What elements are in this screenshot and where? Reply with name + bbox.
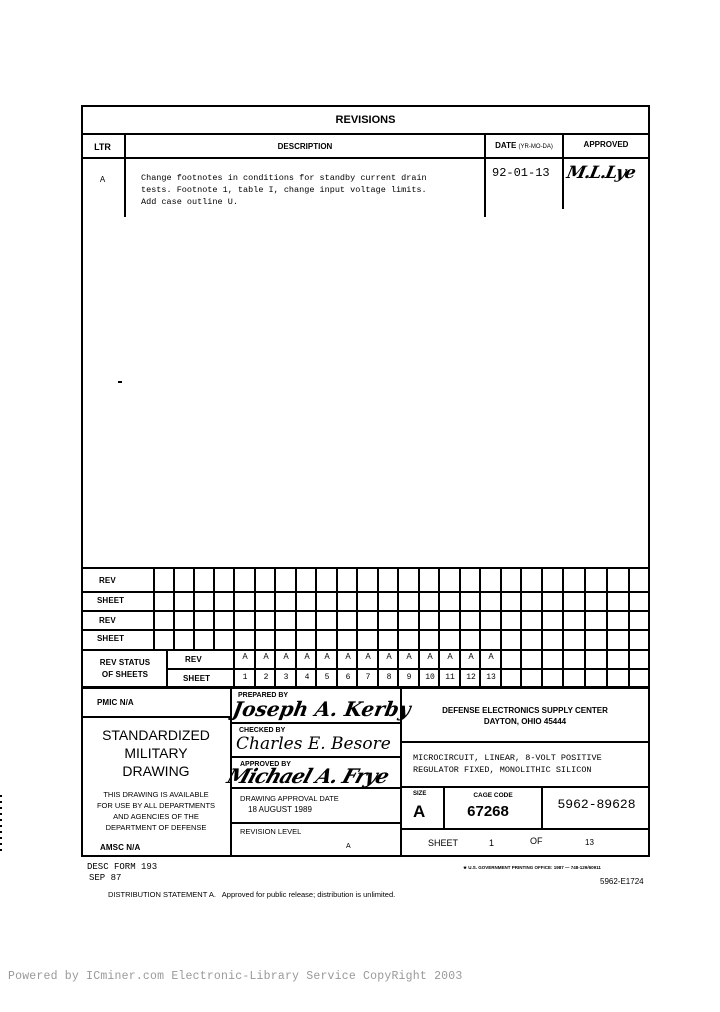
rev-status-sheet-3: 3 bbox=[276, 673, 296, 682]
revision-description-line-1: Change footnotes in conditions for stand… bbox=[141, 172, 427, 184]
doc-code: 5962-E1724 bbox=[600, 877, 644, 886]
rev-status-sheet-4: 4 bbox=[297, 673, 317, 682]
prepared-divider bbox=[230, 722, 401, 724]
availability-line-3: AND AGENCIES OF THE bbox=[81, 811, 231, 822]
rev-status-sheet-13: 13 bbox=[481, 673, 501, 682]
grid-col-divider bbox=[397, 567, 399, 689]
header-date-label: DATE bbox=[495, 141, 516, 150]
grid-col-divider bbox=[459, 567, 461, 689]
checked-by-label: CHECKED BY bbox=[239, 727, 285, 734]
scan-edge-marks bbox=[0, 795, 2, 855]
grid-col-divider bbox=[336, 567, 338, 689]
rev-grid-line-1 bbox=[81, 591, 650, 593]
rev-status-sheet-12: 12 bbox=[461, 673, 481, 682]
agency-divider bbox=[400, 741, 650, 743]
grid-col-divider bbox=[418, 567, 420, 689]
grid-row-label-rev-1: REV bbox=[99, 576, 116, 585]
amsc-label: AMSC N/A bbox=[100, 843, 140, 852]
form-number-line-1: DESC FORM 193 bbox=[87, 862, 157, 872]
grid-col-divider bbox=[628, 567, 630, 689]
grid-col-divider bbox=[315, 567, 317, 689]
rev-status-rev-4: A bbox=[297, 652, 317, 661]
size-value: A bbox=[413, 802, 425, 822]
checked-by-signature: Charles E. Besore bbox=[236, 734, 391, 754]
rev-status-rev-1: A bbox=[235, 652, 255, 661]
form-number-line-2: SEP 87 bbox=[89, 873, 121, 883]
grid-col-divider bbox=[541, 567, 543, 689]
title-divider bbox=[400, 786, 650, 788]
revision-description-line-3: Add case outline U. bbox=[141, 196, 238, 208]
rev-status-sheet-5: 5 bbox=[317, 673, 337, 682]
rev-status-sheet-9: 9 bbox=[399, 673, 419, 682]
grid-col-divider bbox=[606, 567, 608, 689]
rev-status-mid-line bbox=[166, 668, 650, 670]
rev-status-rev-10: A bbox=[420, 652, 440, 661]
cage-code-value: 67268 bbox=[445, 803, 531, 820]
rev-status-rev-6: A bbox=[338, 652, 358, 661]
total-sheets: 13 bbox=[585, 838, 594, 847]
rev-status-label-divider bbox=[166, 649, 168, 689]
grid-col-divider bbox=[500, 567, 502, 689]
grid-col-divider bbox=[233, 567, 235, 689]
distribution-label: DISTRIBUTION STATEMENT A. bbox=[108, 890, 216, 899]
grid-col-divider bbox=[584, 567, 586, 689]
rev-status-sheet-11: 11 bbox=[440, 673, 460, 682]
grid-col-divider bbox=[520, 567, 522, 689]
grid-col-divider bbox=[562, 567, 564, 689]
doc-type-line-2: MILITARY bbox=[81, 744, 231, 762]
drawing-title-line-2: REGULATOR FIXED, MONOLITHIC SILICON bbox=[413, 765, 592, 775]
rev-status-rev-12: A bbox=[461, 652, 481, 661]
scan-speck bbox=[118, 381, 122, 383]
approval-date-label: DRAWING APPROVAL DATE bbox=[240, 794, 339, 803]
drawing-number: 5962-89628 bbox=[543, 797, 650, 812]
sheet-divider bbox=[400, 828, 650, 830]
size-label: SIZE bbox=[413, 791, 426, 797]
rev-status-rev-8: A bbox=[379, 652, 399, 661]
availability-line-4: DEPARTMENT OF DEFENSE bbox=[81, 822, 231, 833]
grid-col-divider bbox=[193, 567, 195, 650]
rev-grid-line-2 bbox=[81, 610, 650, 612]
pmic-label: PMIC N/A bbox=[97, 698, 134, 707]
of-label: OF bbox=[530, 836, 543, 846]
revisions-header-top-divider bbox=[81, 133, 650, 135]
header-description: DESCRIPTION bbox=[126, 142, 484, 151]
revision-date: 92-01-13 bbox=[492, 166, 550, 180]
rev-status-label-line-2: OF SHEETS bbox=[84, 670, 166, 679]
distribution-text: Approved for public release; distributio… bbox=[222, 890, 395, 899]
rev-status-rev-13: A bbox=[481, 652, 501, 661]
rev-status-sheet-8: 8 bbox=[379, 673, 399, 682]
availability-statement: THIS DRAWING IS AVAILABLE FOR USE BY ALL… bbox=[81, 789, 231, 833]
rev-status-sheet-6: 6 bbox=[338, 673, 358, 682]
rev-grid-line-3 bbox=[81, 629, 650, 631]
revisions-header-bottom-divider bbox=[81, 157, 650, 159]
rev-status-sheet-2: 2 bbox=[256, 673, 276, 682]
rev-status-sheet-1: 1 bbox=[235, 673, 255, 682]
rev-status-rev-11: A bbox=[440, 652, 460, 661]
gpo-notice: ★ U.S. GOVERNMENT PRINTING OFFICE: 1987 … bbox=[463, 865, 601, 871]
header-date-format: (YR-MO-DA) bbox=[519, 144, 553, 150]
approved-by-signature: Michael A. Frye bbox=[224, 764, 392, 788]
revision-ltr: A bbox=[81, 175, 124, 184]
grid-col-divider bbox=[295, 567, 297, 689]
rev-status-rev-3: A bbox=[276, 652, 296, 661]
grid-col-divider bbox=[356, 567, 358, 689]
header-ltr: LTR bbox=[81, 142, 124, 152]
revision-approved-signature: M.L.Lye bbox=[565, 163, 637, 183]
approval-date-divider bbox=[230, 822, 401, 824]
rev-grid-top-line bbox=[81, 567, 650, 569]
sheet-number: 1 bbox=[489, 838, 494, 848]
sheet-label: SHEET bbox=[428, 838, 458, 848]
pmic-divider bbox=[81, 716, 231, 718]
grid-col-divider bbox=[479, 567, 481, 689]
checked-divider bbox=[230, 756, 401, 758]
doc-type-line-3: DRAWING bbox=[81, 762, 231, 780]
agency-line-2: DAYTON, OHIO 45444 bbox=[400, 717, 650, 726]
grid-col-divider bbox=[254, 567, 256, 689]
revisions-title: REVISIONS bbox=[81, 114, 650, 126]
header-approved: APPROVED bbox=[564, 140, 648, 149]
doc-type-line-1: STANDARDIZED bbox=[81, 726, 231, 744]
rev-status-rev-2: A bbox=[256, 652, 276, 661]
grid-label-divider bbox=[153, 567, 155, 650]
rev-status-rev-5: A bbox=[317, 652, 337, 661]
agency-line-1: DEFENSE ELECTRONICS SUPPLY CENTER bbox=[400, 706, 650, 715]
grid-col-divider bbox=[377, 567, 379, 689]
rev-status-rev-9: A bbox=[399, 652, 419, 661]
revision-description-line-2: tests. Footnote 1, table I, change input… bbox=[141, 184, 427, 196]
availability-line-1: THIS DRAWING IS AVAILABLE bbox=[81, 789, 231, 800]
rev-status-rev-label: REV bbox=[185, 655, 202, 664]
grid-col-divider bbox=[274, 567, 276, 689]
rev-status-sheet-label: SHEET bbox=[183, 674, 210, 683]
grid-row-label-rev-2: REV bbox=[99, 616, 116, 625]
grid-col-divider bbox=[438, 567, 440, 689]
revision-level-value: A bbox=[346, 843, 351, 850]
revision-level-label: REVISION LEVEL bbox=[240, 827, 301, 836]
drawing-title-line-1: MICROCIRCUIT, LINEAR, 8-VOLT POSITIVE bbox=[413, 753, 602, 763]
distribution-statement: DISTRIBUTION STATEMENT A. Approved for p… bbox=[108, 890, 395, 899]
grid-row-label-sheet-2: SHEET bbox=[97, 634, 124, 643]
prepared-by-signature: Joseph A. Kerby bbox=[231, 697, 413, 721]
rev-status-rev-7: A bbox=[358, 652, 378, 661]
watermark: Powered by ICminer.com Electronic-Librar… bbox=[8, 970, 462, 983]
grid-row-label-sheet-1: SHEET bbox=[97, 596, 124, 605]
header-date: DATE (YR-MO-DA) bbox=[486, 141, 562, 150]
grid-col-divider bbox=[173, 567, 175, 650]
grid-col-divider bbox=[213, 567, 215, 650]
rev-status-sheet-7: 7 bbox=[358, 673, 378, 682]
doc-type-title: STANDARDIZED MILITARY DRAWING bbox=[81, 726, 231, 780]
approval-date-value: 18 AUGUST 1989 bbox=[248, 805, 312, 814]
rev-status-sheet-10: 10 bbox=[420, 673, 440, 682]
availability-line-2: FOR USE BY ALL DEPARTMENTS bbox=[81, 800, 231, 811]
rev-status-label-line-1: REV STATUS bbox=[84, 658, 166, 667]
cage-code-label: CAGE CODE bbox=[445, 792, 541, 799]
